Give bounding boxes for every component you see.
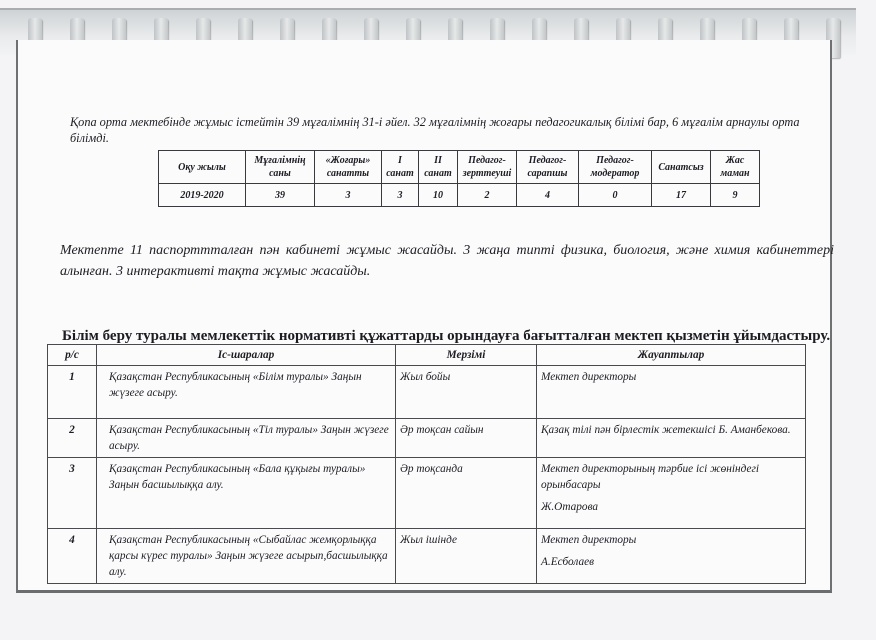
plan-header-cell: Іс-шаралар [97, 345, 396, 366]
teacher-stats-table: Оқу жылыМұғалімнің саны«Жоғары» санаттыI… [158, 150, 760, 207]
plan-header-cell: р/с [48, 345, 97, 366]
stats-cell: 4 [517, 184, 579, 207]
stats-header-cell: II санат [419, 151, 458, 184]
stats-cell: 9 [711, 184, 760, 207]
responsible-cell: Мектеп директорыА.Есболаев [537, 529, 806, 584]
responsible-cell: Мектеп директорының тәрбие ісі жөніндегі… [537, 458, 806, 529]
plan-row: 1Қазақстан Республикасының «Білім туралы… [48, 366, 806, 419]
activity-cell: Қазақстан Республикасының «Тіл туралы» З… [97, 419, 396, 458]
responsible-cell: Қазақ тілі пән бірлестік жетекшісі Б. Ам… [537, 419, 806, 458]
row-number: 3 [48, 458, 97, 529]
stats-header-cell: Жас маман [711, 151, 760, 184]
stats-header-cell: «Жоғары» санатты [315, 151, 382, 184]
responsible-role: Мектеп директорының тәрбие ісі жөніндегі… [541, 461, 801, 493]
responsible-name: Ж.Отарова [541, 499, 801, 515]
cabinets-paragraph: Мектепте 11 паспорттталған пән кабинеті … [60, 240, 834, 282]
row-number: 2 [48, 419, 97, 458]
plan-header-cell: Мерзімі [396, 345, 537, 366]
term-cell: Жыл бойы [396, 366, 537, 419]
responsible-cell: Мектеп директоры [537, 366, 806, 419]
stats-header-cell: I санат [382, 151, 419, 184]
row-number: 1 [48, 366, 97, 419]
intro-text: Қопа орта мектебінде жұмыс істейтін 39 м… [70, 114, 830, 146]
stats-header-cell: Педагог-модератор [579, 151, 652, 184]
activity-cell: Қазақстан Республикасының «Білім туралы»… [97, 366, 396, 419]
stats-cell: 17 [652, 184, 711, 207]
responsible-name: А.Есболаев [541, 554, 801, 570]
responsible-role: Мектеп директоры [541, 532, 801, 548]
plan-header-cell: Жауаптылар [537, 345, 806, 366]
plan-row: 2Қазақстан Республикасының «Тіл туралы» … [48, 419, 806, 458]
plan-row: 4Қазақстан Республикасының «Сыбайлас жем… [48, 529, 806, 584]
activity-cell: Қазақстан Республикасының «Сыбайлас жемқ… [97, 529, 396, 584]
activities-plan-table: р/сІс-шараларМерзіміЖауаптылар 1Қазақста… [47, 344, 806, 584]
stats-cell: 39 [246, 184, 315, 207]
row-number: 4 [48, 529, 97, 584]
responsible-role: Мектеп директоры [541, 369, 801, 385]
stats-header-cell: Мұғалімнің саны [246, 151, 315, 184]
stats-cell: 10 [419, 184, 458, 207]
stats-cell: 2019-2020 [159, 184, 246, 207]
stats-header-cell: Оқу жылы [159, 151, 246, 184]
responsible-role: Қазақ тілі пән бірлестік жетекшісі Б. Ам… [541, 422, 801, 438]
stats-row: 2019-2020393310240179 [159, 184, 760, 207]
stats-cell: 2 [458, 184, 517, 207]
stats-cell: 3 [382, 184, 419, 207]
stats-cell: 3 [315, 184, 382, 207]
section-heading: Білім беру туралы мемлекеттік нормативті… [62, 328, 842, 345]
stats-header-cell: Педагог-сарапшы [517, 151, 579, 184]
plan-row: 3Қазақстан Республикасының «Бала құқығы … [48, 458, 806, 529]
stats-cell: 0 [579, 184, 652, 207]
term-cell: Жыл ішінде [396, 529, 537, 584]
stats-header-cell: Санатсыз [652, 151, 711, 184]
term-cell: Әр тоқсан сайын [396, 419, 537, 458]
stats-header-cell: Педагог-зерттеуші [458, 151, 517, 184]
activity-cell: Қазақстан Республикасының «Бала құқығы т… [97, 458, 396, 529]
term-cell: Әр тоқсанда [396, 458, 537, 529]
